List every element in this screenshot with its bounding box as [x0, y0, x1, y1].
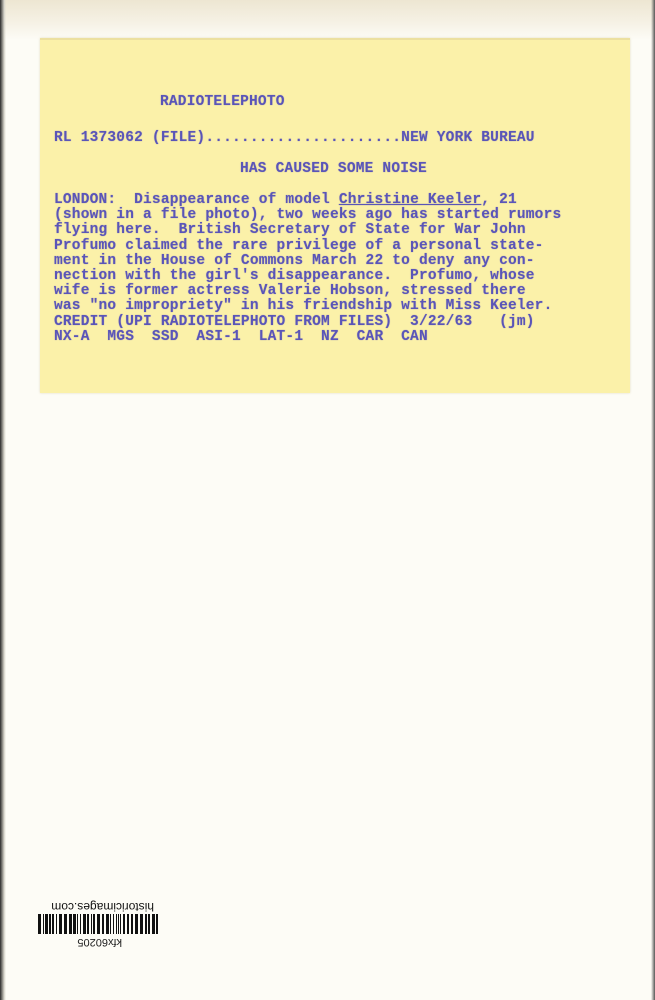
caption-text: was "no impropriety" in his friendship w… — [54, 298, 552, 314]
bureau-name: NEW YORK BUREAU — [401, 130, 535, 146]
reference-id: RL 1373062 (FILE) — [54, 130, 205, 146]
caption-line: nection with the girl's disappearance. P… — [54, 268, 535, 284]
caption-line: Profumo claimed the rare privilege of a … — [54, 238, 544, 254]
reference-leader: ...................... — [205, 130, 401, 146]
caption-line: NX-A MGS SSD ASI-1 LAT-1 NZ CAR CAN — [54, 329, 428, 345]
reference-line: RL 1373062 (FILE)......................N… — [54, 130, 535, 146]
caption-text: nection with the girl's disappearance. P… — [54, 268, 535, 284]
caption-sheet: RADIOTELEPHOTO RL 1373062 (FILE)........… — [40, 38, 630, 393]
subject-name: Christine Keeler — [339, 192, 481, 208]
barcode-code: kfx60205 — [77, 936, 122, 948]
caption-text: , 21 — [481, 192, 517, 208]
caption-line: (shown in a file photo), two weeks ago h… — [54, 207, 561, 223]
caption-line: ment in the House of Commons March 22 to… — [54, 253, 535, 269]
caption-line: wife is former actress Valerie Hobson, s… — [54, 283, 526, 299]
caption-line: LONDON: Disappearance of model Christine… — [54, 192, 517, 208]
barcode-icon — [38, 914, 158, 934]
paper-stain — [0, 0, 655, 40]
caption-text: (shown in a file photo), two weeks ago h… — [54, 207, 561, 223]
caption-text: NX-A MGS SSD ASI-1 LAT-1 NZ CAR CAN — [54, 329, 428, 345]
caption-text: flying here. British Secretary of State … — [54, 222, 526, 238]
caption-text: Profumo claimed the rare privilege of a … — [54, 238, 544, 254]
header-label: RADIOTELEPHOTO — [160, 94, 285, 110]
caption-text: LONDON: Disappearance of model — [54, 192, 339, 208]
caption-line: CREDIT (UPI RADIOTELEPHOTO FROM FILES) 3… — [54, 314, 535, 330]
caption-text: ment in the House of Commons March 22 to… — [54, 253, 535, 269]
headline: HAS CAUSED SOME NOISE — [240, 161, 427, 177]
caption-text: wife is former actress Valerie Hobson, s… — [54, 283, 526, 299]
scan-edge-right — [651, 0, 655, 1000]
barcode-label: kfx60205 historicimages.com — [38, 898, 158, 948]
caption-line: flying here. British Secretary of State … — [54, 222, 526, 238]
scan-edge-left — [0, 0, 6, 1000]
caption-text: CREDIT (UPI RADIOTELEPHOTO FROM FILES) 3… — [54, 314, 535, 330]
caption-line: was "no impropriety" in his friendship w… — [54, 298, 552, 314]
barcode-site: historicimages.com — [51, 900, 154, 914]
